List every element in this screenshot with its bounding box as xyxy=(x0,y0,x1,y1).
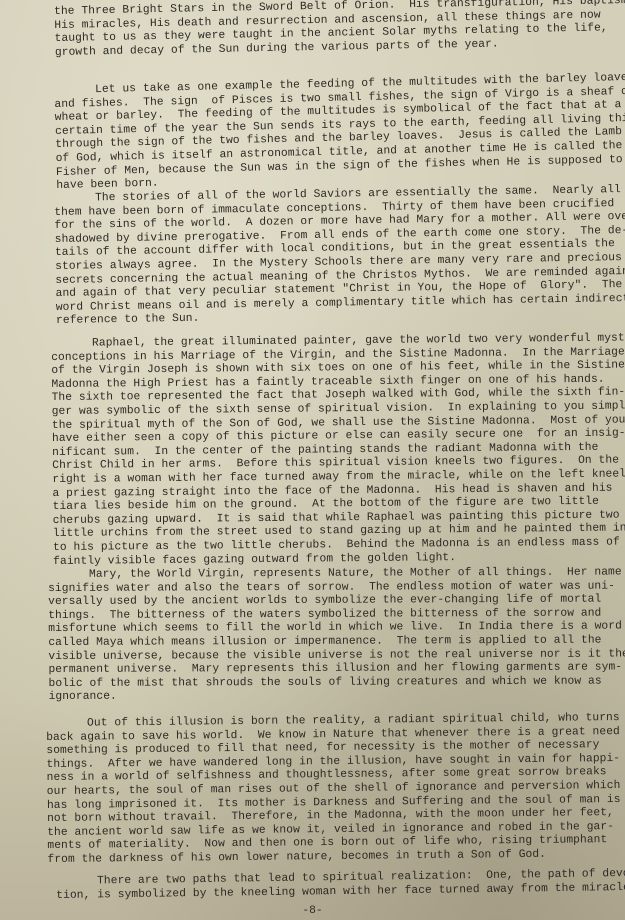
paragraph-two-paths: There are two paths that lead to spiritu… xyxy=(56,868,625,903)
paragraph-orion: the Three Bright Stars in the Sword Belt… xyxy=(54,0,625,60)
paragraph-mary-world-virgin: Mary, the World Virgin, represents Natur… xyxy=(48,566,625,704)
typewritten-page: the Three Bright Stars in the Sword Belt… xyxy=(0,0,625,920)
paragraph-raphael: Raphael, the great illuminated painter, … xyxy=(51,332,625,569)
paragraph-world-saviors: The stories of all of the world Saviors … xyxy=(54,184,625,329)
text-line: ignorance. xyxy=(49,689,625,705)
paragraph-feeding-multitudes: Let us take as one example the feeding o… xyxy=(54,72,625,194)
page-number: -8- xyxy=(0,905,625,917)
paragraph-spiritual-child: Out of this illusion is born the reality… xyxy=(46,712,621,868)
